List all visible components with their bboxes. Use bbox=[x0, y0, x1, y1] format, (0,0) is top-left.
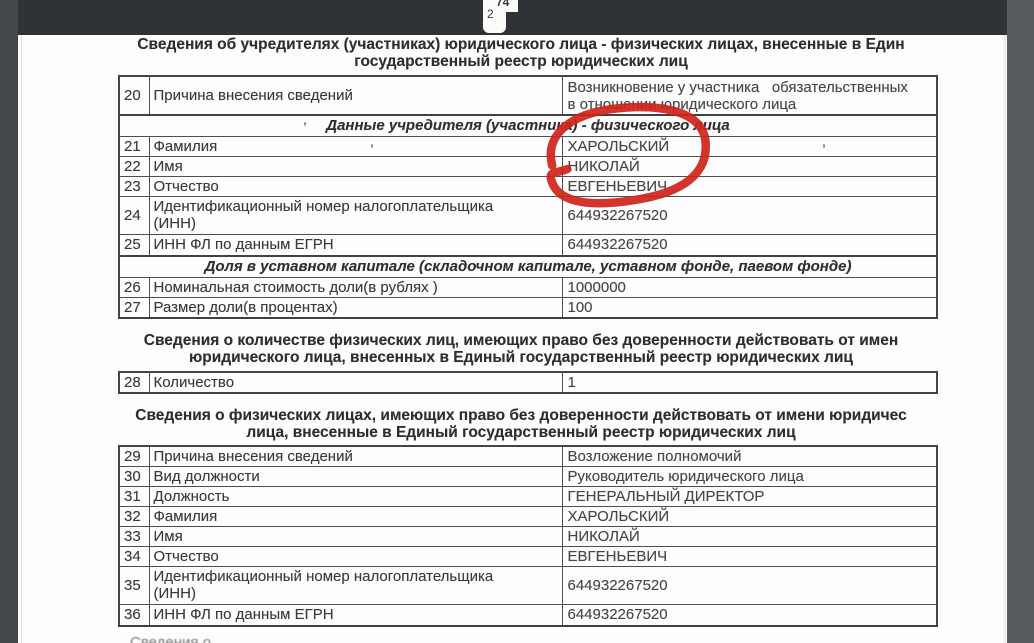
table-row: 29 Причина внесения сведений Возложение … bbox=[119, 446, 937, 466]
page-number-bottom: 2 bbox=[487, 7, 494, 21]
row-value: 1000000 bbox=[562, 277, 937, 297]
row-number: 24 bbox=[119, 196, 149, 234]
table-row: 31 Должность ГЕНЕРАЛЬНЫЙ ДИРЕКТОР bbox=[119, 486, 937, 506]
row-number: 31 bbox=[119, 486, 149, 506]
row-label: Должность bbox=[149, 486, 562, 506]
table-row: 27 Размер доли(в процентах) 100 bbox=[119, 297, 937, 318]
clipped-next-section-text: Сведения о bbox=[130, 634, 1007, 643]
section-title-founders: Сведения об учредителях (участниках) юри… bbox=[106, 36, 936, 70]
viewer-left-band bbox=[0, 0, 18, 643]
scan-speck: , bbox=[822, 133, 826, 149]
table-row: 23 Отчество ЕВГЕНЬЕВИЧ bbox=[119, 176, 937, 196]
table-row: 30 Вид должности Руководитель юридическо… bbox=[119, 466, 937, 486]
table-row: 20 Причина внесения сведений Возникновен… bbox=[119, 76, 937, 115]
table-subheader-row: Доля в уставном капитале (складочном кап… bbox=[119, 256, 937, 277]
row-number: 29 bbox=[119, 446, 149, 466]
table-row: 34 Отчество ЕВГЕНЬЕВИЧ bbox=[119, 546, 937, 566]
row-value: ГЕНЕРАЛЬНЫЙ ДИРЕКТОР bbox=[562, 486, 937, 506]
row-number: 36 bbox=[119, 604, 149, 626]
red-pen-stroke bbox=[548, 105, 707, 205]
row-label: Отчество bbox=[149, 176, 562, 196]
table-row: 33 Имя НИКОЛАЙ bbox=[119, 526, 937, 546]
row-label: Фамилия bbox=[149, 506, 562, 526]
row-label: Размер доли(в процентах) bbox=[149, 297, 562, 318]
table-row: 24 Идентификационный номер налогоплатель… bbox=[119, 196, 937, 234]
table-row: 21 Фамилия ХАРОЛЬСКИЙ bbox=[119, 136, 937, 156]
section-title-persons-count: Сведения о количестве физических лиц, им… bbox=[106, 332, 936, 366]
row-value: 644932267520 bbox=[562, 234, 937, 256]
row-value: 100 bbox=[562, 297, 937, 318]
row-label: Отчество bbox=[149, 546, 562, 566]
row-label: Вид должности bbox=[149, 466, 562, 486]
founders-table: 20 Причина внесения сведений Возникновен… bbox=[118, 75, 938, 319]
red-pen-circle-annotation bbox=[534, 96, 720, 220]
row-label: Идентификационный номер налогоплательщик… bbox=[149, 566, 562, 604]
row-label: Номинальная стоимость доли(в рублях ) bbox=[149, 277, 562, 297]
scanned-document-page: Сведения об учредителях (участниках) юри… bbox=[18, 0, 1007, 643]
row-label: Имя bbox=[149, 156, 562, 176]
section-title-persons-count-line2: юридического лица, внесенных в Единый го… bbox=[106, 349, 936, 366]
subheader-share-capital: Доля в уставном капитале (складочном кап… bbox=[119, 256, 937, 277]
row-number: 30 bbox=[119, 466, 149, 486]
row-value: 644932267520 bbox=[562, 604, 937, 626]
scan-speck: , bbox=[370, 133, 374, 149]
row-label: Фамилия bbox=[149, 136, 562, 156]
table-row: 36 ИНН ФЛ по данным ЕГРН 644932267520 bbox=[119, 604, 937, 626]
table-row: 25 ИНН ФЛ по данным ЕГРН 644932267520 bbox=[119, 234, 937, 256]
section-title-authorized-persons-line2: лица, внесенные в Единый государственный… bbox=[106, 424, 936, 441]
page-right-shadow bbox=[1003, 35, 1006, 643]
row-label: Причина внесения сведений bbox=[149, 76, 562, 115]
page-left-shadow bbox=[21, 35, 22, 643]
row-number: 22 bbox=[119, 156, 149, 176]
row-value: 644932267520 bbox=[562, 566, 937, 604]
row-number: 27 bbox=[119, 297, 149, 318]
row-label: Имя bbox=[149, 526, 562, 546]
section-title-authorized-persons: Сведения о физических лицах, имеющих пра… bbox=[106, 407, 936, 441]
viewer-right-band bbox=[1007, 0, 1034, 643]
table-row: 26 Номинальная стоимость доли(в рублях )… bbox=[119, 277, 937, 297]
row-number: 25 bbox=[119, 234, 149, 256]
section-title-founders-line1: Сведения об учредителях (участниках) юри… bbox=[106, 36, 936, 53]
page-number-tab: 74 2 bbox=[483, 0, 519, 33]
row-number: 32 bbox=[119, 506, 149, 526]
row-value: НИКОЛАЙ bbox=[562, 526, 937, 546]
row-label: Количество bbox=[149, 372, 562, 393]
row-number: 33 bbox=[119, 526, 149, 546]
table-row: 28 Количество 1 bbox=[119, 372, 937, 393]
row-number: 34 bbox=[119, 546, 149, 566]
section-title-persons-count-line1: Сведения о количестве физических лиц, им… bbox=[106, 332, 936, 349]
table-row: 35 Идентификационный номер налогоплатель… bbox=[119, 566, 937, 604]
row-number: 23 bbox=[119, 176, 149, 196]
row-label: Причина внесения сведений bbox=[149, 446, 562, 466]
table-row: 32 Фамилия ХАРОЛЬСКИЙ bbox=[119, 506, 937, 526]
scan-speck: , bbox=[303, 111, 307, 127]
section-title-authorized-persons-line1: Сведения о физических лицах, имеющих пра… bbox=[106, 407, 936, 424]
row-value: ЕВГЕНЬЕВИЧ bbox=[562, 546, 937, 566]
section-title-founders-line2: государственный реестр юридических лиц bbox=[106, 53, 936, 70]
row-label: ИНН ФЛ по данным ЕГРН bbox=[149, 234, 562, 256]
row-value: ХАРОЛЬСКИЙ bbox=[562, 506, 937, 526]
row-number: 35 bbox=[119, 566, 149, 604]
table-row: 22 Имя НИКОЛАЙ bbox=[119, 156, 937, 176]
row-label: ИНН ФЛ по данным ЕГРН bbox=[149, 604, 562, 626]
authorized-persons-table: 29 Причина внесения сведений Возложение … bbox=[118, 445, 938, 627]
row-number: 20 bbox=[119, 76, 149, 115]
row-number: 26 bbox=[119, 277, 149, 297]
row-value: Возложение полномочий bbox=[562, 446, 937, 466]
row-number: 21 bbox=[119, 136, 149, 156]
row-label: Идентификационный номер налогоплательщик… bbox=[149, 196, 562, 234]
row-value: 1 bbox=[562, 372, 937, 393]
page-number-top: 74 bbox=[496, 0, 509, 9]
viewer-window: 74 2 Сведения об учредителях (участниках… bbox=[0, 0, 1034, 643]
row-value: Руководитель юридического лица bbox=[562, 466, 937, 486]
subheader-founder-data: Данные учредителя (участника) - физическ… bbox=[119, 115, 937, 136]
persons-count-table: 28 Количество 1 bbox=[118, 371, 938, 394]
row-number: 28 bbox=[119, 372, 149, 393]
table-subheader-row: Данные учредителя (участника) - физическ… bbox=[119, 115, 937, 136]
